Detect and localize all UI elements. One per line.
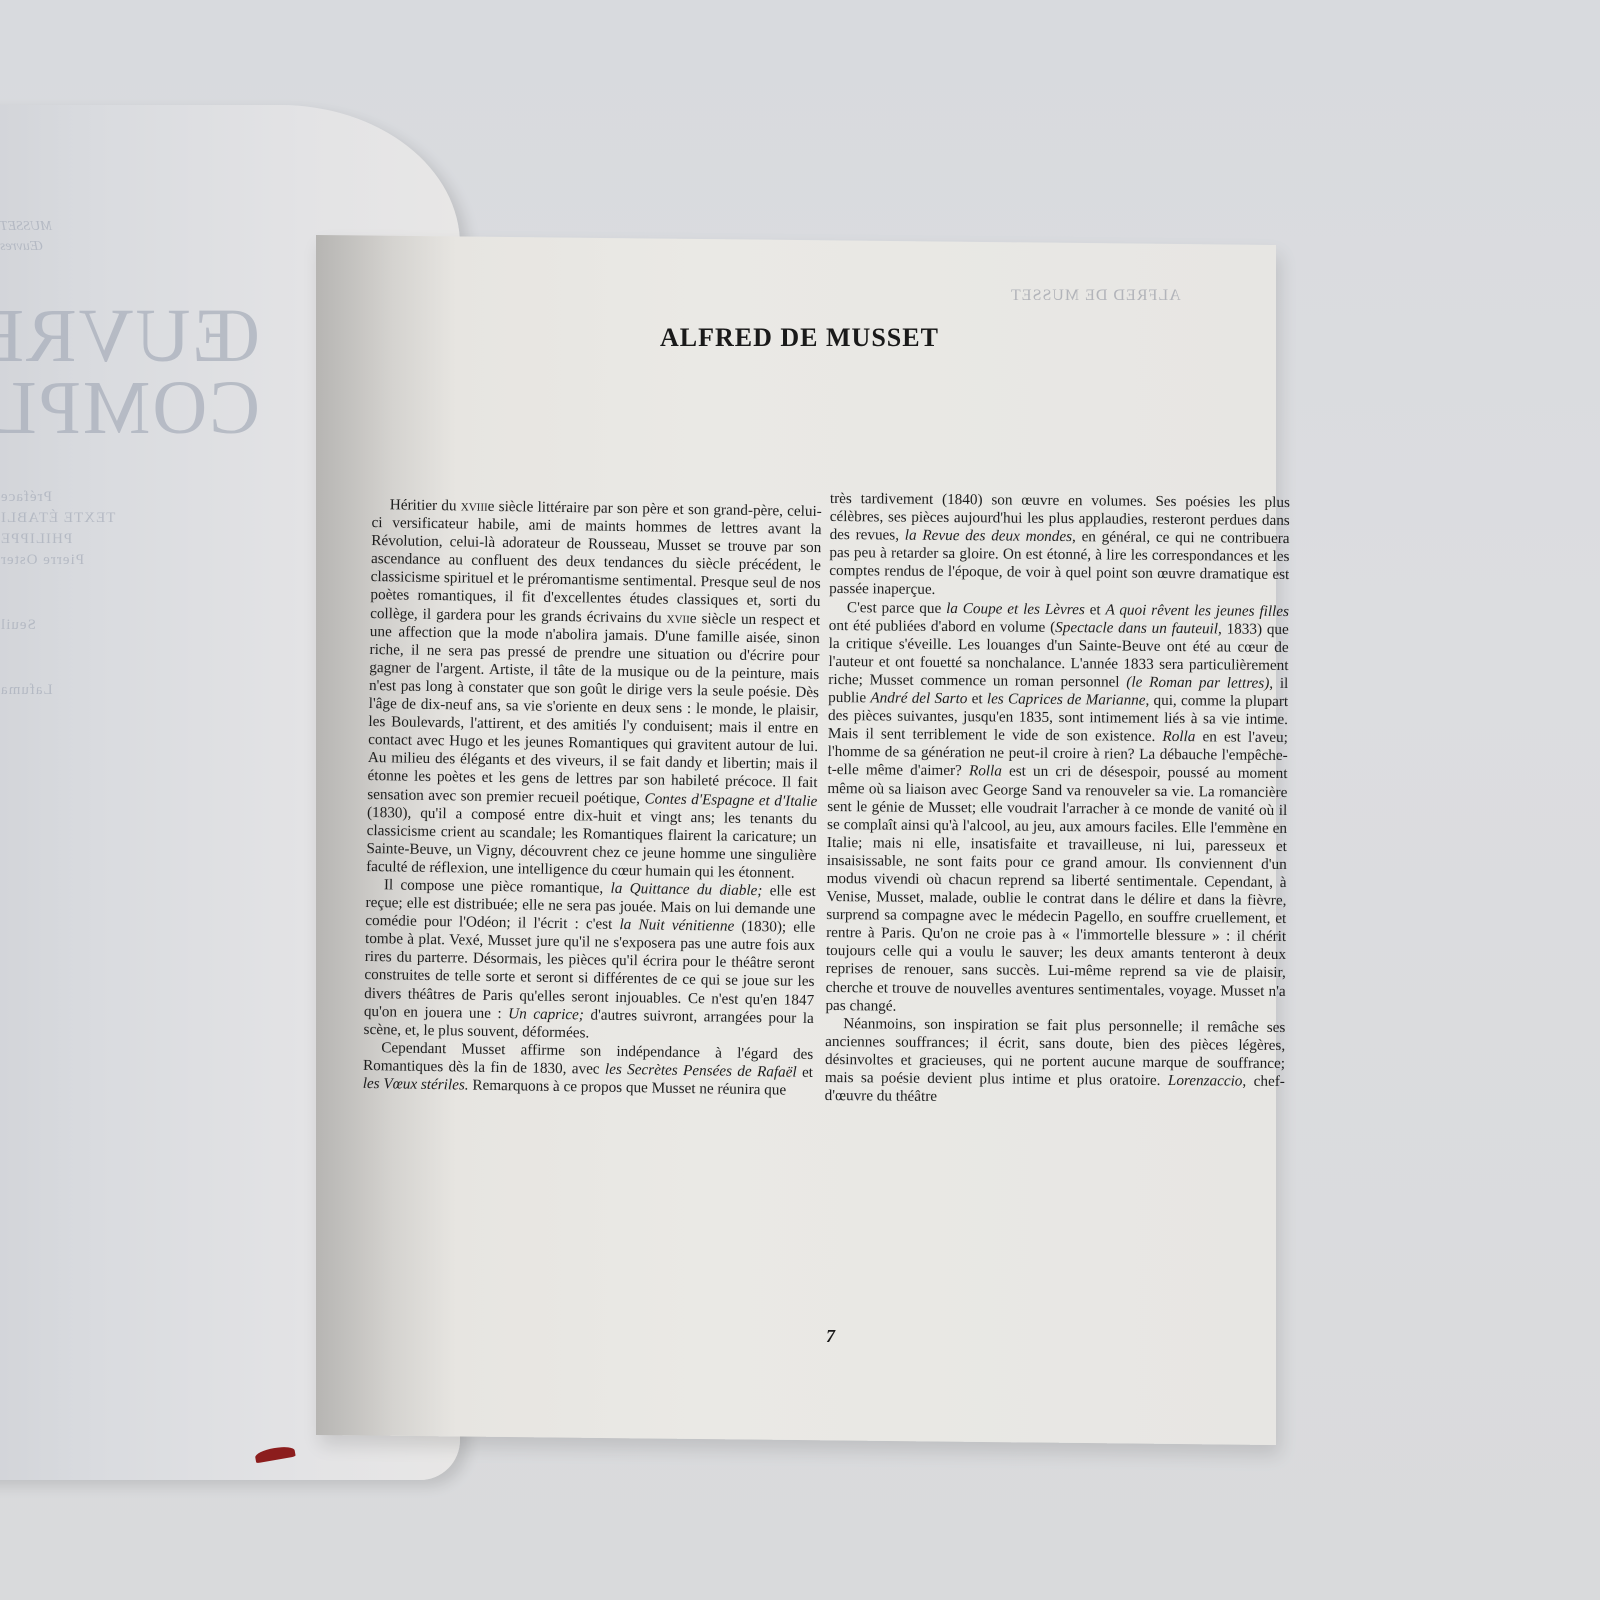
ghost-line: Préface	[0, 489, 260, 506]
italic-title: A quoi rêvent les jeunes filles	[1105, 601, 1289, 620]
text-run: et	[797, 1064, 814, 1081]
text-run: Héritier du	[390, 496, 461, 514]
text-run: ont été publiées d'abord en volume (	[829, 617, 1056, 636]
text-run: et	[967, 690, 987, 707]
ghost-title: COMPLÈTES	[0, 373, 260, 443]
page-number: 7	[826, 1326, 835, 1347]
ghost-line: MUSSET	[0, 219, 260, 235]
ghost-line: TEXTE ÉTABLI	[0, 510, 260, 527]
text-run: C'est parce que	[847, 599, 946, 617]
paragraph: C'est parce que la Coupe et les Lèvres e…	[825, 599, 1289, 1019]
italic-title: les Secrètes Pensées de Rafaël	[605, 1061, 797, 1081]
paragraph: Il compose une pièce romantique, la Quit…	[363, 876, 816, 1046]
text-column-right: très tardivement (1840) son œuvre en vol…	[825, 490, 1290, 1109]
italic-title: les Vœux stériles.	[363, 1075, 469, 1094]
italic-title: les Caprices de Marianne	[987, 690, 1146, 708]
text-run: Il compose une pièce romantique,	[384, 876, 611, 897]
paragraph: très tardivement (1840) son œuvre en vol…	[829, 490, 1290, 603]
paragraph: Héritier du xviiie siècle littéraire par…	[366, 496, 822, 883]
ghost-line: Seuil	[0, 617, 260, 634]
italic-title: Lorenzaccio	[1168, 1072, 1243, 1090]
italic-title: la Coupe et les Lèvres	[946, 600, 1085, 618]
text-column-left: Héritier du xviiie siècle littéraire par…	[363, 496, 822, 1100]
italic-title: André del Sarto	[870, 689, 967, 707]
italic-title: la Quittance du diable;	[610, 880, 762, 899]
text-run: e siècle littéraire par son père et son …	[370, 498, 822, 626]
ghost-line: Pierre Oster	[0, 552, 260, 569]
page-title: ALFRED DE MUSSET	[660, 323, 990, 353]
photo-scene: MUSSET Œuvres ŒUVRES COMPLÈTES Préface T…	[0, 0, 1600, 1600]
italic-title: Rolla	[969, 763, 1002, 780]
roman-numeral: xvii	[666, 609, 689, 626]
roman-numeral: xviii	[461, 497, 488, 514]
italic-title: Rolla	[1162, 728, 1195, 745]
paragraph: Cependant Musset affirme son indépendanc…	[363, 1039, 814, 1100]
paragraph: Néanmoins, son inspiration se fait plus …	[825, 1015, 1286, 1109]
italic-title: Contes d'Espagne et d'Italie	[644, 790, 817, 810]
ghost-line: PHILIPPE	[0, 531, 260, 548]
left-page-bleed-through: MUSSET Œuvres ŒUVRES COMPLÈTES Préface T…	[0, 215, 260, 1015]
italic-title: (le Roman par lettres)	[1126, 674, 1269, 692]
ghost-running-head: ALFRED DE MUSSET	[1010, 287, 1181, 305]
italic-title: Spectacle dans un fauteuil	[1055, 619, 1218, 637]
ghost-line: Lafuma	[0, 682, 260, 699]
ghost-title: ŒUVRES	[0, 301, 260, 371]
text-run: est un cri de désespoir, poussé au momen…	[825, 763, 1287, 1014]
text-run: Remarquons à ce propos que Musset ne réu…	[469, 1077, 787, 1099]
italic-title: la Nuit vénitienne	[619, 916, 734, 935]
text-run: et	[1085, 601, 1106, 618]
italic-title: Un caprice;	[508, 1005, 584, 1023]
italic-title: la Revue des deux mondes	[905, 527, 1072, 545]
ghost-line: Œuvres	[0, 239, 260, 255]
text-run: e siècle un respect et une affection que…	[367, 610, 820, 807]
text-run: (1830), qu'il a composé entre dix-huit e…	[366, 804, 817, 882]
